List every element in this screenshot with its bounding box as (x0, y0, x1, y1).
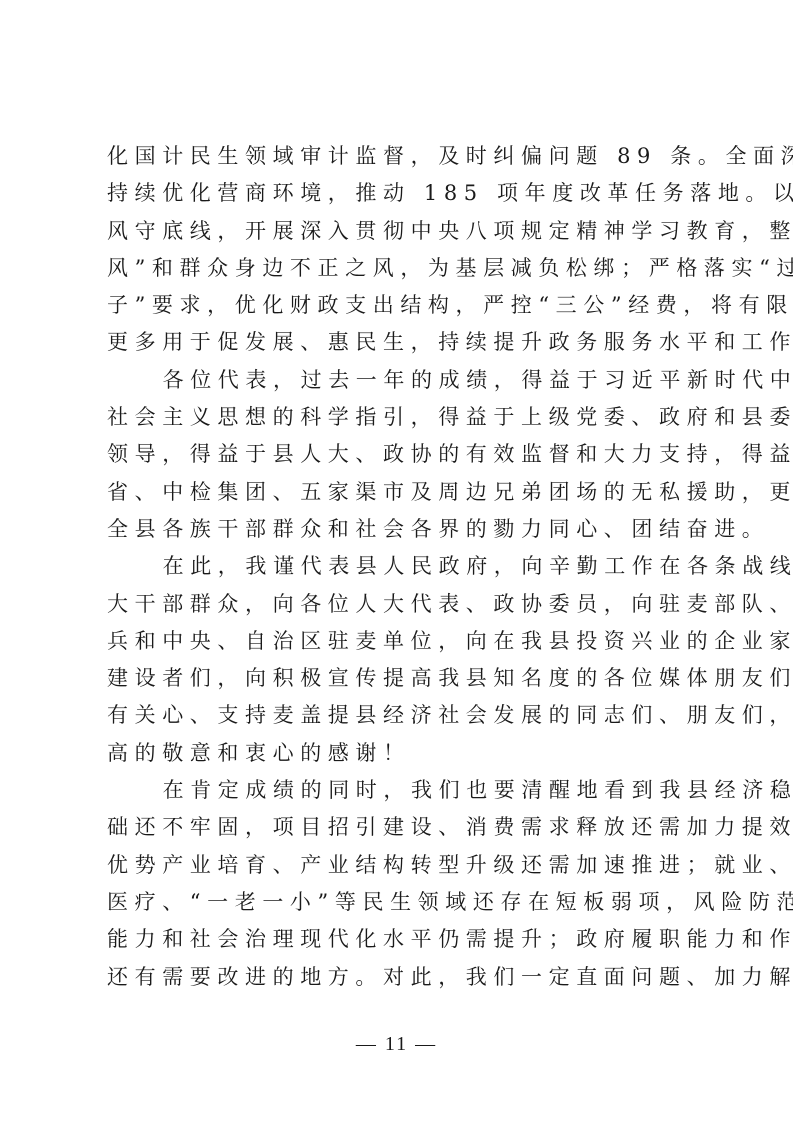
text-line: 医疗、“一老一小”等民生领域还存在短板弱项，风险防范化解 (107, 884, 693, 921)
text-line: 大干部群众，向各位人大代表、政协委员，向驻麦部队、武警官 (107, 586, 693, 623)
document-page: 化国计民生领域审计监督，及时纠偏问题 89 条。全面深化改革， 持续优化营商环境… (0, 0, 793, 1122)
text-line: 在此，我谨代表县人民政府，向辛勤工作在各条战线上的广 (107, 548, 693, 585)
paragraph-achievements-credit: 各位代表，过去一年的成绩，得益于习近平新时代中国特色 社会主义思想的科学指引，得… (107, 362, 693, 548)
text-line: 风”和群众身边不正之风，为基层减负松绑；严格落实“过紧日 (107, 250, 693, 287)
body-text: 化国计民生领域审计监督，及时纠偏问题 89 条。全面深化改革， 持续优化营商环境… (107, 138, 693, 996)
text-line: 在肯定成绩的同时，我们也要清醒地看到我县经济稳增长基 (107, 772, 693, 809)
paragraph-thanks: 在此，我谨代表县人民政府，向辛勤工作在各条战线上的广 大干部群众，向各位人大代表… (107, 548, 693, 772)
text-line: 社会主义思想的科学指引，得益于上级党委、政府和县委的坚强 (107, 399, 693, 436)
paragraph-problems: 在肯定成绩的同时，我们也要清醒地看到我县经济稳增长基 础还不牢固，项目招引建设、… (107, 772, 693, 996)
text-line: 建设者们，向积极宣传提高我县知名度的各位媒体朋友们，向所 (107, 660, 693, 697)
text-line: 础还不牢固，项目招引建设、消费需求释放还需加力提效，特色 (107, 809, 693, 846)
text-line: 化国计民生领域审计监督，及时纠偏问题 89 条。全面深化改革， (107, 138, 693, 175)
text-line: 更多用于促发展、惠民生，持续提升政务服务水平和工作效能。 (107, 324, 693, 361)
paragraph-reform-summary: 化国计民生领域审计监督，及时纠偏问题 89 条。全面深化改革， 持续优化营商环境… (107, 138, 693, 362)
text-line: 领导，得益于县人大、政协的有效监督和大力支持，得益于山东 (107, 436, 693, 473)
text-line: 子”要求，优化财政支出结构，严控“三公”经费，将有限财力 (107, 287, 693, 324)
text-line: 优势产业培育、产业结构转型升级还需加速推进；就业、教育、 (107, 847, 693, 884)
text-line: 持续优化营商环境，推动 185 项年度改革任务落地。以锤炼作 (107, 175, 693, 212)
text-line: 全县各族干部群众和社会各界的勠力同心、团结奋进。 (107, 511, 693, 548)
text-line: 兵和中央、自治区驻麦单位，向在我县投资兴业的企业家和工程 (107, 623, 693, 660)
text-line: 高的敬意和衷心的感谢！ (107, 735, 693, 772)
text-line: 风守底线，开展深入贯彻中央八项规定精神学习教育，整治“四 (107, 213, 693, 250)
text-line: 有关心、支持麦盖提县经济社会发展的同志们、朋友们，致以崇 (107, 697, 693, 734)
text-line: 还有需要改进的地方。对此，我们一定直面问题、加力解决。 (107, 959, 693, 996)
text-line: 省、中检集团、五家渠市及周边兄弟团场的无私援助，更得益于 (107, 474, 693, 511)
page-number: — 11 — (0, 1033, 793, 1056)
text-line: 各位代表，过去一年的成绩，得益于习近平新时代中国特色 (107, 362, 693, 399)
text-line: 能力和社会治理现代化水平仍需提升；政府履职能力和作风建设 (107, 921, 693, 958)
